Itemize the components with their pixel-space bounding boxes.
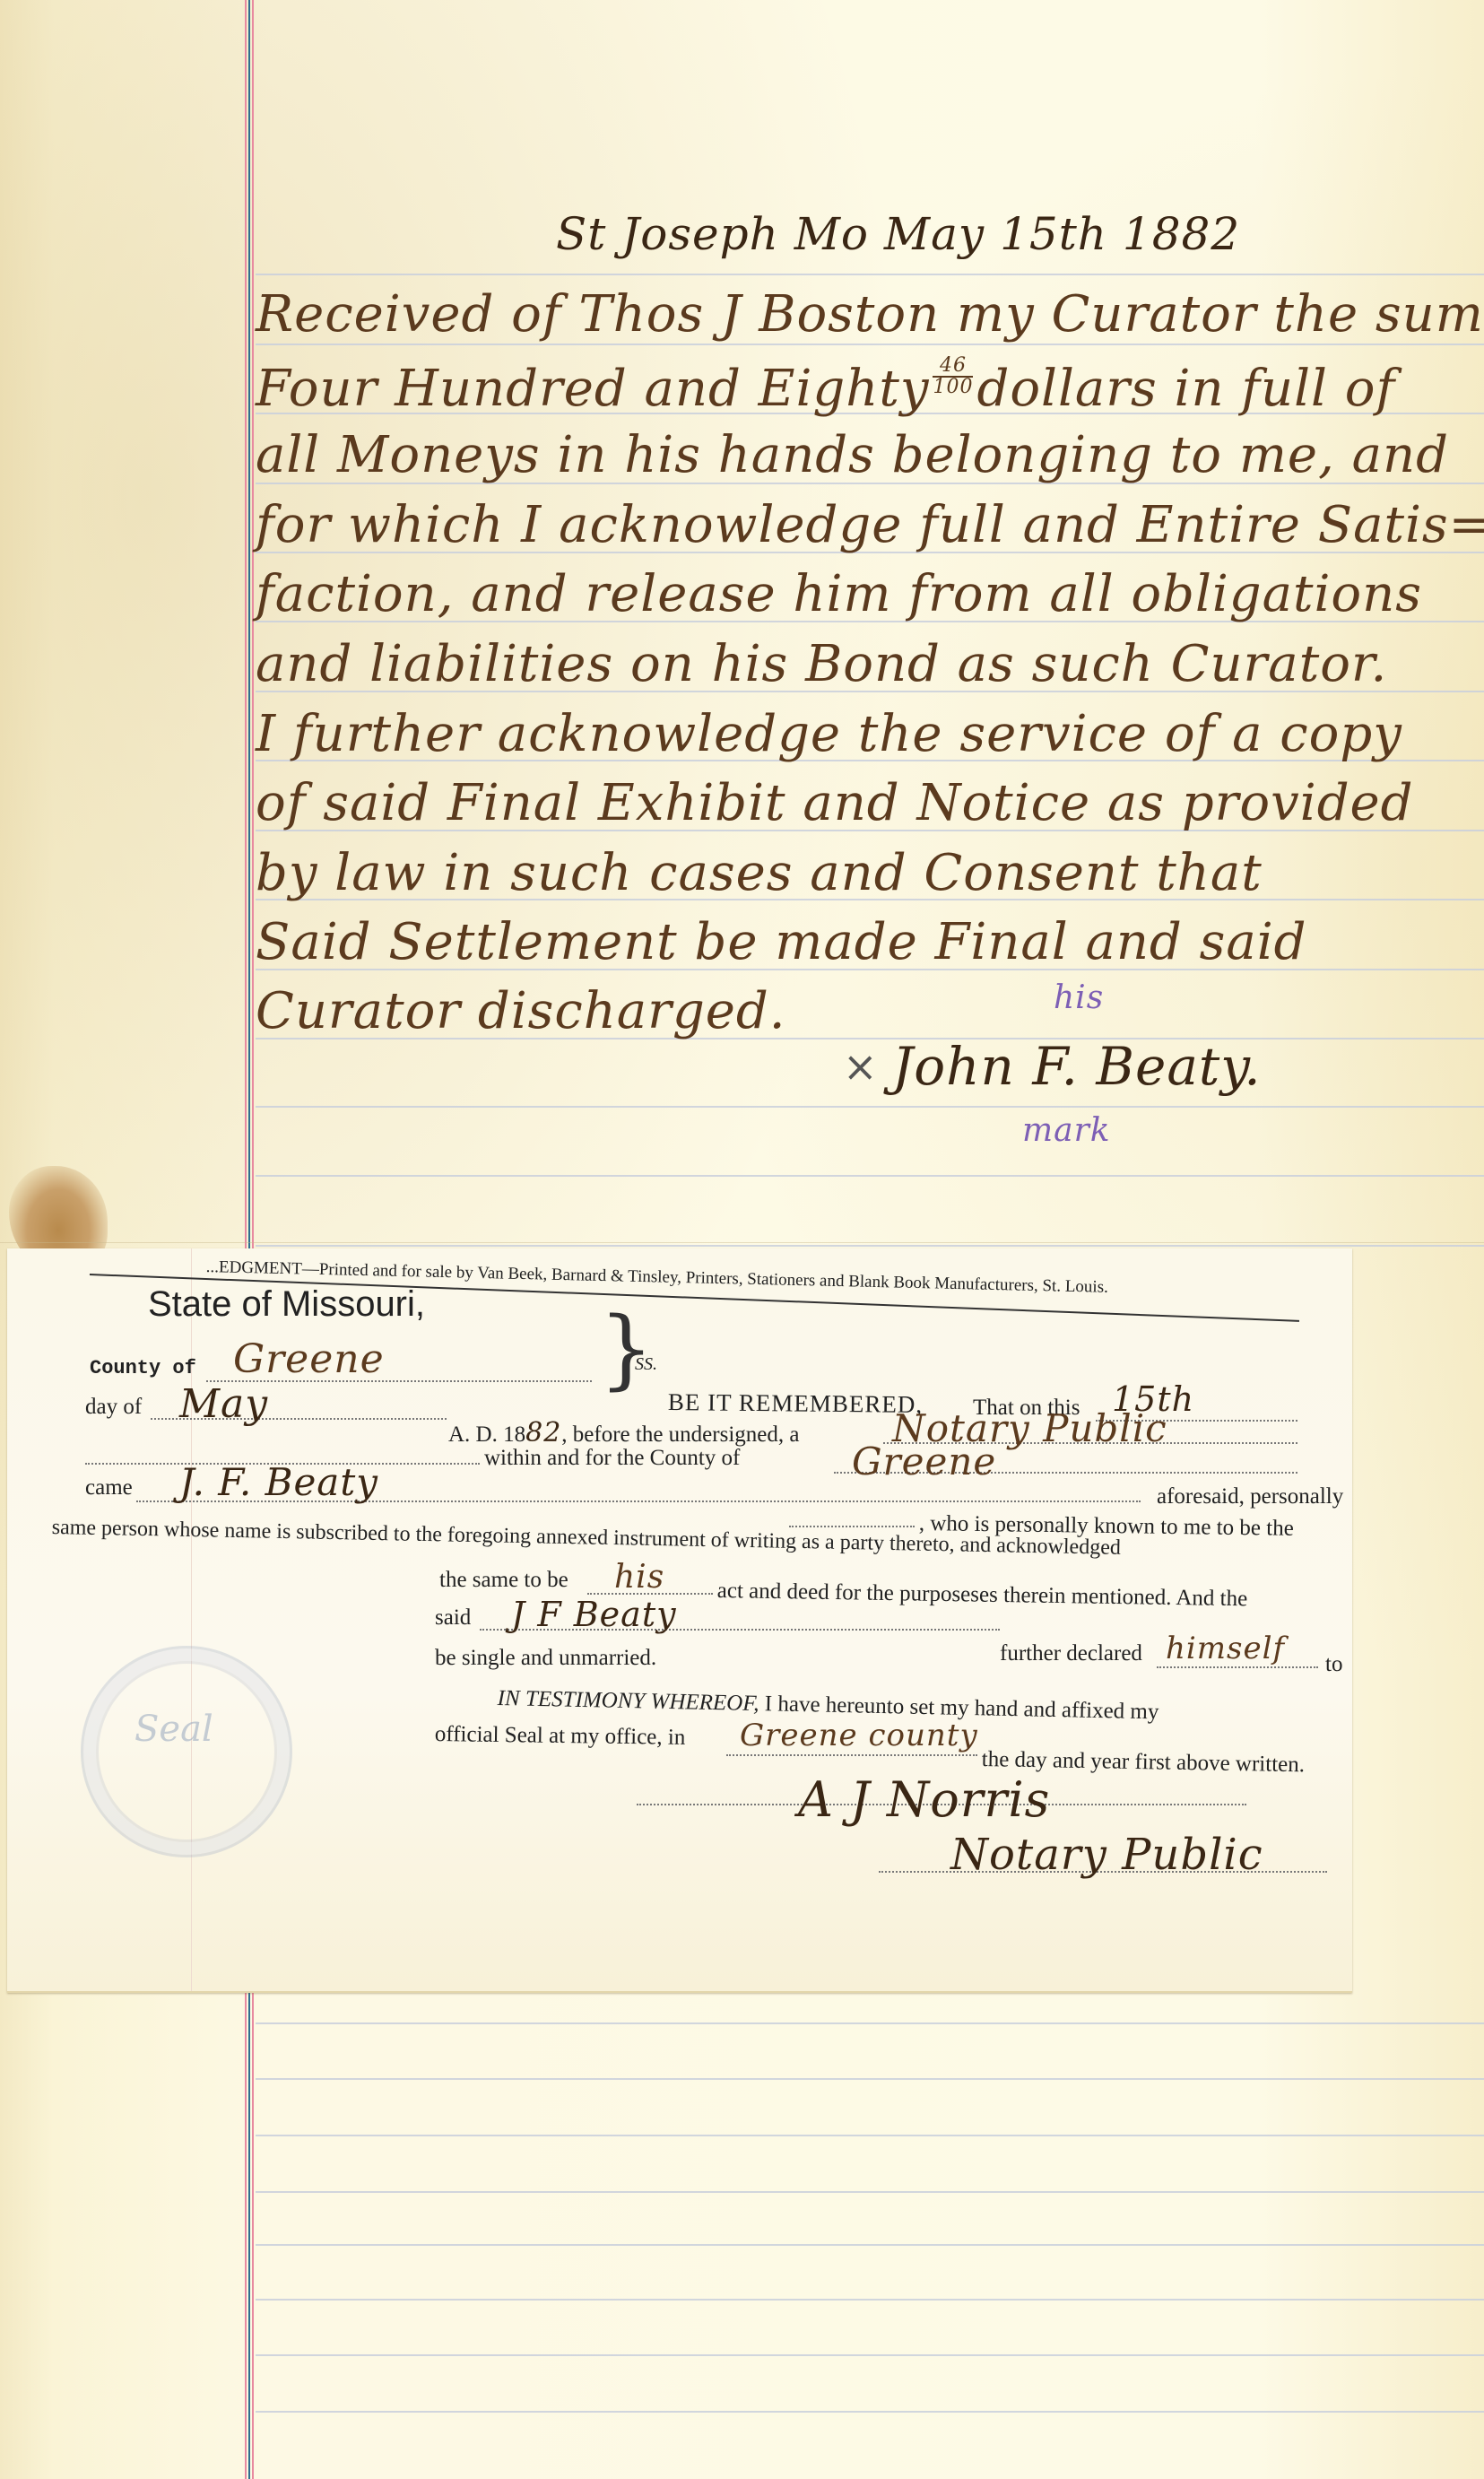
testimony-italic: IN TESTIMONY WHEREOF, [497, 1686, 759, 1716]
ad-label: A. D. 1882, before the undersigned, a [448, 1417, 799, 1448]
ad-prefix: A. D. 18 [448, 1422, 525, 1447]
single-label: be single and unmarried. [435, 1646, 656, 1671]
receipt-line-9: by law in such cases and Consent that [256, 844, 1263, 902]
office-field-line [726, 1753, 977, 1756]
be-it-remembered: BE IT REMEMBERED, [668, 1388, 924, 1419]
notary-title: Notary Public [950, 1830, 1263, 1880]
ruled-line [256, 1245, 1484, 1247]
county-value: Greene [233, 1336, 385, 1382]
ruled-line [256, 2354, 1484, 2356]
receipt-line-10: Said Settlement be made Final and said [256, 913, 1306, 971]
receipt-line-3: all Moneys in his hands belonging to me,… [256, 426, 1449, 484]
seal-impression-text: Seal [135, 1709, 213, 1750]
amount-words: Four Hundred and Eighty [256, 360, 929, 418]
ruled-line [256, 1175, 1484, 1177]
day-of-label: day of [85, 1395, 142, 1420]
ruled-line [256, 2078, 1484, 2080]
ruled-line [256, 2135, 1484, 2136]
said-label: said [435, 1605, 471, 1631]
paper-fold [0, 1242, 1484, 1243]
embossed-seal-icon [81, 1646, 292, 1857]
office-value: Greene county [740, 1718, 978, 1753]
ruled-line [256, 2411, 1484, 2413]
mark-label: mark [1022, 1112, 1111, 1149]
notary-signature: A J Norris [798, 1771, 1050, 1828]
ruled-line [256, 1106, 1484, 1108]
receipt-line-1: Received of Thos J Boston my Curator the… [256, 285, 1484, 344]
within-county-value: Greene [852, 1440, 996, 1483]
name-field-line [789, 1525, 915, 1527]
receipt-line-7: I further acknowledge the service of a c… [256, 705, 1402, 763]
month-value: May [179, 1381, 268, 1427]
receipt-dateline: St Joseph Mo May 15th 1882 [556, 208, 1240, 260]
state-heading: State of Missouri, [148, 1284, 425, 1325]
receipt-line-11: Curator discharged. [256, 982, 786, 1040]
x-mark-icon: × [843, 1042, 879, 1091]
receipt-line-8: of said Final Exhibit and Notice as prov… [256, 774, 1414, 832]
ruled-line [256, 2022, 1484, 2024]
year-value: 82 [525, 1417, 561, 1448]
ruled-line [256, 344, 1484, 345]
receipt-line-4: for which I acknowledge full and Entire … [256, 496, 1484, 554]
ruled-line [256, 274, 1484, 275]
signature-name: John F. Beaty. [892, 1036, 1262, 1097]
amount-fraction: 46100 [933, 356, 973, 397]
receipt-line-5: faction, and release him from all obliga… [256, 565, 1422, 623]
came-label: came [85, 1475, 133, 1500]
amount-tail: dollars in full of [976, 360, 1395, 418]
same-to-be-label: the same to be [439, 1568, 568, 1593]
aforesaid-label: aforesaid, personally [1157, 1484, 1343, 1509]
brace-icon: } [599, 1299, 654, 1399]
ruled-line [256, 2299, 1484, 2301]
his-label: his [1054, 979, 1104, 1016]
official-seal-label: official Seal at my office, in [435, 1722, 686, 1751]
his-value: his [614, 1559, 664, 1596]
margin-rule [245, 0, 254, 2479]
receipt-line-2: Four Hundred and Eighty46100dollars in f… [256, 356, 1395, 418]
ruled-line [256, 2191, 1484, 2193]
himself-value: himself [1166, 1631, 1285, 1666]
came-value: J. F. Beaty [179, 1460, 378, 1504]
ss-label: SS. [635, 1354, 657, 1375]
further-declared-label: further declared [1000, 1641, 1142, 1666]
within-label: within and for the County of [484, 1446, 740, 1471]
before-label: , before the undersigned, a [561, 1422, 799, 1447]
to-label: to [1325, 1652, 1342, 1677]
county-label: County of [90, 1357, 196, 1379]
acknowledgment-form [7, 1248, 1352, 1993]
receipt-line-6: and liabilities on his Bond as such Cura… [256, 635, 1387, 693]
ruled-line [256, 2244, 1484, 2246]
said-value: J F Beaty [511, 1595, 677, 1634]
